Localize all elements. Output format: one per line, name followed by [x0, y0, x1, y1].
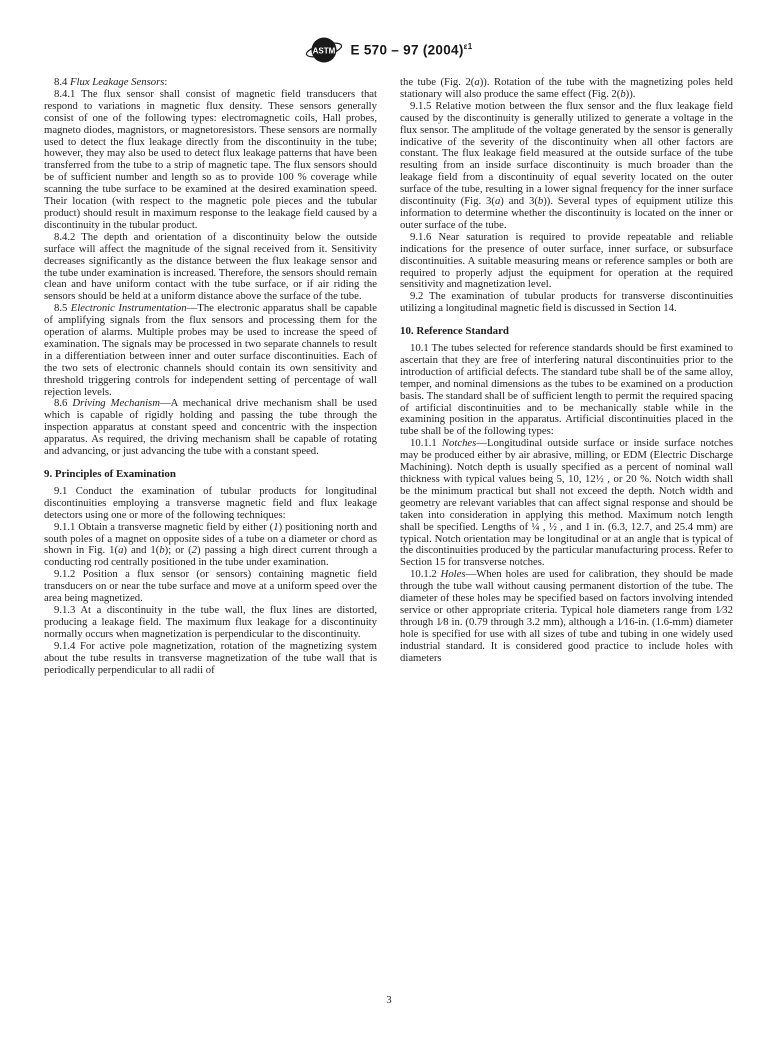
paragraph: 9.1.3 At a discontinuity in the tube wal… — [44, 605, 377, 641]
paragraph: 8.4.1 The flux sensor shall consist of m… — [44, 89, 377, 232]
left-column: 8.4 Flux Leakage Sensors:8.4.1 The flux … — [44, 77, 377, 676]
two-column-body: 8.4 Flux Leakage Sensors:8.4.1 The flux … — [44, 77, 734, 676]
paragraph: 10.1.2 Holes—When holes are used for cal… — [400, 569, 733, 664]
designation-text: E 570 – 97 (2004) — [350, 43, 463, 58]
page-number: 3 — [386, 995, 391, 1006]
section-heading: 10. Reference Standard — [400, 326, 733, 338]
standard-designation: E 570 – 97 (2004)ε1 — [350, 42, 472, 58]
page-footer: 3 — [0, 995, 778, 1006]
designation-superscript: ε1 — [464, 42, 473, 51]
paragraph: 8.6 Driving Mechanism—A mechanical drive… — [44, 398, 377, 458]
paragraph: 9.1.1 Obtain a transverse magnetic field… — [44, 522, 377, 570]
paragraph: 9.1.4 For active pole magnetization, rot… — [44, 641, 377, 677]
paragraph: 9.2 The examination of tubular products … — [400, 291, 733, 315]
paragraph: 8.5 Electronic Instrumentation—The elect… — [44, 303, 377, 398]
paragraph: 10.1 The tubes selected for reference st… — [400, 343, 733, 438]
paragraph: 9.1.5 Relative motion between the flux s… — [400, 101, 733, 232]
paragraph: 8.4.2 The depth and orientation of a dis… — [44, 232, 377, 303]
paragraph: 10.1.1 Notches—Longitudinal outside surf… — [400, 438, 733, 569]
paragraph: the tube (Fig. 2(a)). Rotation of the tu… — [400, 77, 733, 101]
document-page: ASTM E 570 – 97 (2004)ε1 8.4 Flux Leakag… — [0, 0, 778, 1041]
paragraph: 9.1 Conduct the examination of tubular p… — [44, 486, 377, 522]
page-header: ASTM E 570 – 97 (2004)ε1 — [0, 34, 778, 66]
astm-logo-icon: ASTM — [305, 34, 343, 66]
right-column: the tube (Fig. 2(a)). Rotation of the tu… — [400, 77, 733, 676]
section-heading: 9. Principles of Examination — [44, 469, 377, 481]
astm-logo-text: ASTM — [313, 46, 336, 55]
paragraph: 9.1.2 Position a flux sensor (or sensors… — [44, 569, 377, 605]
paragraph: 9.1.6 Near saturation is required to pro… — [400, 232, 733, 292]
